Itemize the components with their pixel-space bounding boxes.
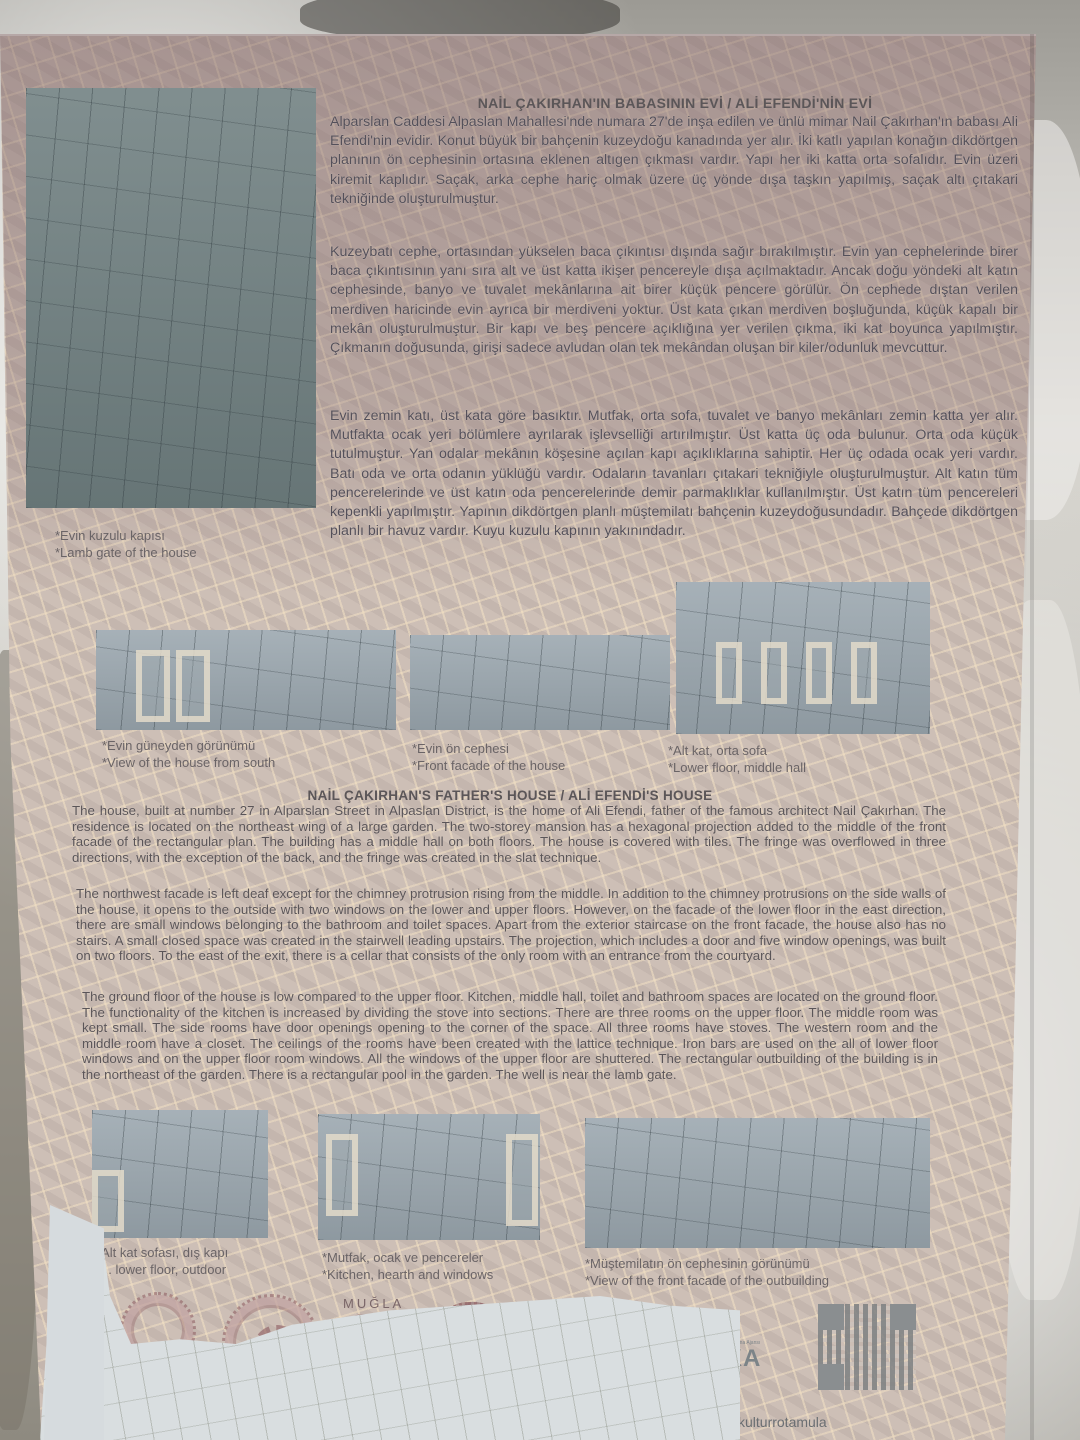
turkish-title: NAİL ÇAKIRHAN'IN BABASININ EVİ / ALİ EFE… (330, 95, 1020, 111)
qr-code-icon[interactable] (818, 1304, 916, 1390)
photo-front-facade (410, 635, 670, 730)
caption-kitchen: *Mutfak, ocak ve pencereler *Kitchen, he… (322, 1249, 493, 1283)
window-shape (761, 642, 787, 704)
window-shape (851, 642, 877, 704)
english-paragraph-3: The ground floor of the house is low com… (82, 989, 938, 1083)
window-shape (716, 642, 742, 704)
caption-lower-floor-outdoor: *Alt kat sofası, dış kapı *... lower flo… (96, 1244, 228, 1278)
photo-outbuilding (585, 1118, 930, 1248)
torn-sign-left-corner (44, 1205, 104, 1440)
english-title: NAİL ÇAKIRHAN'S FATHER'S HOUSE / ALİ EFE… (80, 788, 940, 803)
turkish-paragraph-2: Kuzeybatı cephe, ortasından yükselen bac… (330, 243, 1018, 358)
window-shape (136, 650, 170, 722)
caption-outbuilding: *Müştemilatın ön cephesinin görünümü *Vi… (585, 1255, 829, 1289)
caption-lamb-gate: *Evin kuzulu kapısı *Lamb gate of the ho… (55, 527, 197, 561)
sign-right-edge (1030, 34, 1034, 1440)
english-paragraph-2: The northwest facade is left deaf except… (76, 886, 946, 964)
photo-kitchen (318, 1114, 540, 1240)
caption-middle-hall: *Alt kat, orta sofa *Lower floor, middle… (668, 742, 806, 776)
photo-south-view (96, 630, 396, 730)
window-shape (176, 650, 210, 722)
turkish-paragraph-3: Evin zemin katı, üst kata göre basıktır.… (330, 407, 1018, 541)
caption-front-facade: *Evin ön cephesi *Front facade of the ho… (412, 740, 565, 774)
mugla-label: MUĞLA (343, 1296, 404, 1311)
window-shape (506, 1134, 538, 1226)
english-paragraph-1: The house, built at number 27 in Alparsl… (72, 803, 946, 865)
caption-south-view: *Evin güneyden görünümü *View of the hou… (102, 737, 275, 771)
door-shape (92, 1170, 124, 1232)
photo-lamb-gate (26, 88, 316, 508)
turkish-paragraph-1: Alparslan Caddesi Alpaslan Mahallesi'nde… (330, 113, 1018, 209)
window-shape (806, 642, 832, 704)
window-shape (326, 1134, 358, 1216)
photo-middle-hall (676, 582, 930, 734)
social-handle: kulturrotamula (738, 1414, 827, 1430)
photo-lower-floor-outdoor (92, 1110, 268, 1238)
